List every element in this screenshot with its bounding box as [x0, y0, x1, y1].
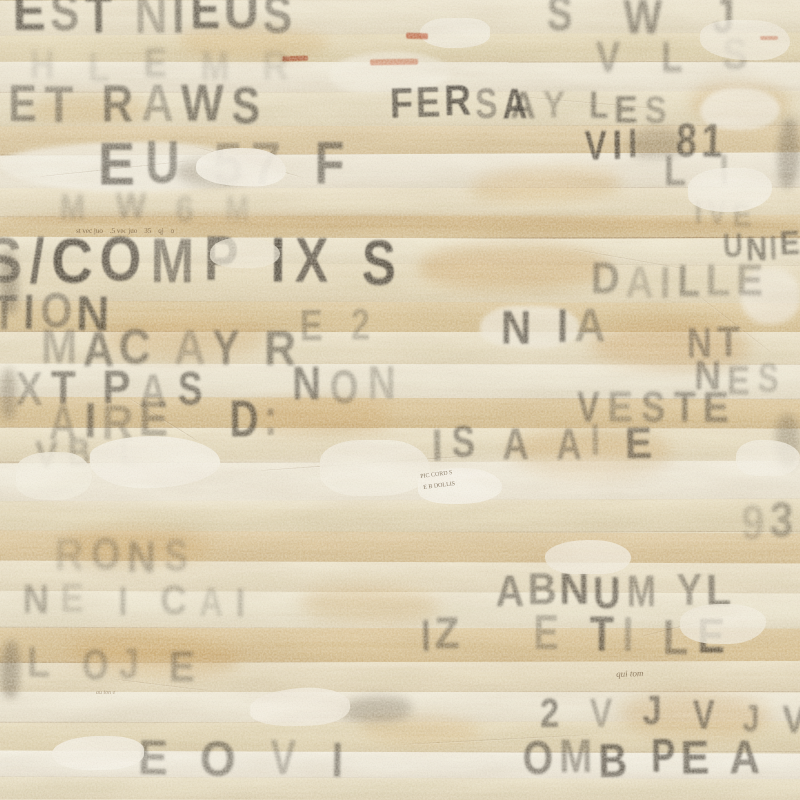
fineprint-text: PIC CORD S	[420, 470, 453, 480]
fineprint-text: qui tom	[616, 669, 644, 679]
fineprint-text: au ton e	[96, 690, 115, 696]
fineprint-layer: st vec juo .5 vec juo 35 qj oPIC CORD SE…	[0, 0, 800, 800]
fineprint-text: E B DOLLIS	[423, 481, 455, 491]
artwork-canvas: EST NIEUSS W JH L E M RV L SET RAWSFERSA…	[0, 0, 800, 800]
fineprint-text: st vec juo .5 vec juo 35 qj o	[76, 228, 174, 235]
